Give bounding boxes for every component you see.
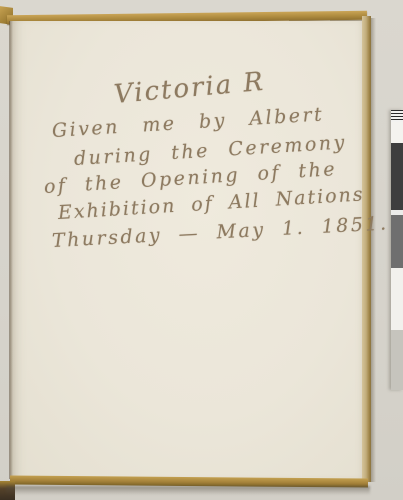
calibration-patch-light-gray	[391, 330, 403, 390]
calibration-patch-ruled	[391, 110, 403, 122]
fore-edge-shadow	[371, 18, 376, 482]
inscription-block: Victoria R Given me by Albert during the…	[40, 78, 370, 268]
hinge-shadow	[9, 21, 13, 479]
grayscale-calibration-strip	[391, 110, 403, 390]
book-shadow	[6, 486, 370, 495]
calibration-patch-mid-gray	[391, 215, 403, 268]
calibration-patch-white	[391, 268, 403, 330]
calibration-patch-white	[391, 122, 403, 144]
calibration-patch-dark-gray	[391, 143, 403, 210]
photo-backdrop: Victoria R Given me by Albert during the…	[0, 0, 403, 500]
